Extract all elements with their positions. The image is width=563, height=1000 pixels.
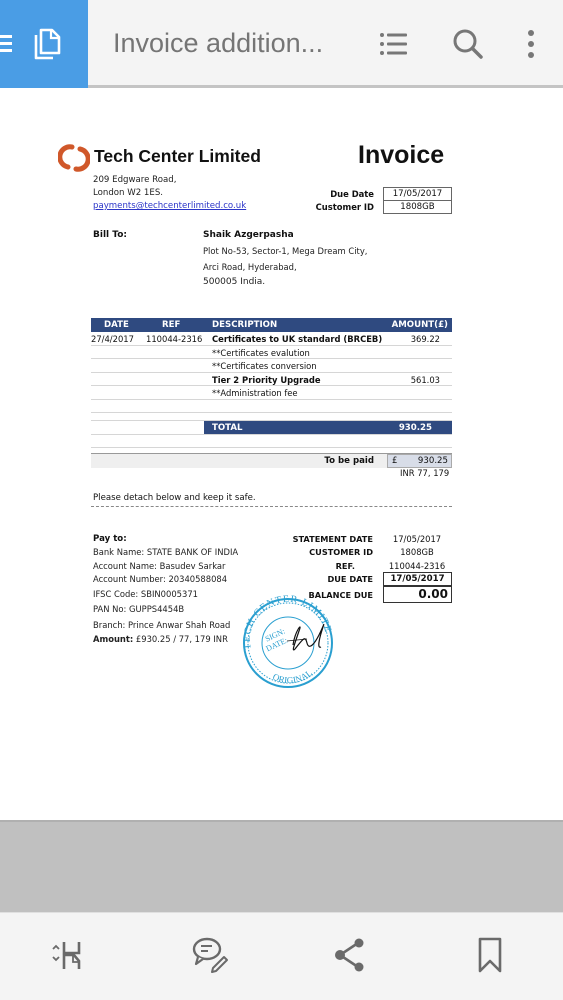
bill-to-label: Bill To: <box>93 230 127 240</box>
cell-description: **Certificates conversion <box>212 361 317 371</box>
bottom-toolbar <box>0 912 563 1000</box>
table-header: DATE REF DESCRIPTION AMOUNT(£) <box>91 318 452 332</box>
statement-customer-id-value: 1808GB <box>384 547 450 557</box>
company-name: Tech Center Limited <box>94 146 261 167</box>
table-row: 27/4/2017110044-2316Certificates to UK s… <box>91 332 452 346</box>
cell-date: 27/4/2017 <box>91 334 134 344</box>
menu-icon[interactable] <box>0 35 12 53</box>
pay-to-line: Account Number: 20340588084 <box>93 574 227 584</box>
document-title: Invoice addition... <box>113 28 323 59</box>
cell-description: Certificates to UK standard (BRCEB) <box>212 334 382 344</box>
bookmark-icon[interactable] <box>468 933 512 977</box>
table-row: **Certificates evalution <box>91 346 452 360</box>
invoice-items-table: DATE REF DESCRIPTION AMOUNT(£) 27/4/2017… <box>91 318 452 448</box>
column-header-date: DATE <box>104 320 129 330</box>
pay-to-amount-value: £930.25 / 77, 179 INR <box>136 634 228 644</box>
statement-date-label: STATEMENT DATE <box>273 534 373 544</box>
cell-description: **Certificates evalution <box>212 348 310 358</box>
customer-id-label: Customer ID <box>284 202 374 212</box>
table-row <box>91 400 452 414</box>
statement-ref-value: 110044-2316 <box>384 561 450 571</box>
viewer-background <box>0 820 563 912</box>
company-email-link[interactable]: payments@techcenterlimited.co.uk <box>93 201 246 211</box>
search-icon[interactable] <box>452 28 484 60</box>
more-vertical-icon[interactable] <box>515 28 547 60</box>
cell-amount: 561.03 <box>411 375 440 385</box>
company-address-line: 209 Edgware Road, <box>93 175 176 185</box>
total-row: TOTAL 930.25 <box>91 421 452 435</box>
cell-description: **Administration fee <box>212 388 298 398</box>
cell-ref: 110044-2316 <box>146 334 202 344</box>
customer-id-value: 1808GB <box>383 200 452 214</box>
statement-due-date-label: DUE DATE <box>273 574 373 584</box>
cell-description: Tier 2 Priority Upgrade <box>212 375 321 385</box>
currency-symbol: £ <box>392 456 397 466</box>
table-row: **Certificates conversion <box>91 359 452 373</box>
statement-ref-label: REF. <box>273 561 355 571</box>
app-bar: Invoice addition... <box>0 0 563 88</box>
reflow-icon[interactable] <box>48 933 92 977</box>
balance-due-value: 0.00 <box>383 586 452 603</box>
document-mode-button[interactable] <box>0 0 88 88</box>
total-value: 930.25 <box>399 423 432 433</box>
to-be-paid-label: To be paid <box>324 456 374 466</box>
total-label: TOTAL <box>212 423 243 433</box>
pay-to-line: IFSC Code: SBIN0005371 <box>93 589 198 599</box>
to-be-paid-value: 930.25 <box>418 456 448 466</box>
due-date-value: 17/05/2017 <box>383 187 452 201</box>
to-be-paid-row: To be paid £ 930.25 <box>91 453 452 468</box>
column-header-amount: AMOUNT(£) <box>392 320 448 330</box>
invoice-page: Tech Center Limited Invoice 209 Edgware … <box>0 91 563 820</box>
column-header-description: DESCRIPTION <box>212 320 277 330</box>
statement-date-value: 17/05/2017 <box>384 534 450 544</box>
pay-to-amount: Amount: £930.25 / 77, 179 INR <box>93 634 228 644</box>
bill-to-address-line: 500005 India. <box>203 277 265 287</box>
bill-to-address-line: Plot No-53, Sector-1, Mega Dream City, <box>203 246 367 256</box>
inr-amount: INR 77, 179 <box>400 468 449 478</box>
to-be-paid-box: £ 930.25 <box>387 454 452 468</box>
table-row: **Administration fee <box>91 386 452 400</box>
pay-to-line: Bank Name: STATE BANK OF INDIA <box>93 547 238 557</box>
pay-to-amount-label: Amount: <box>93 634 133 644</box>
table-spacer-row <box>91 413 452 421</box>
statement-customer-id-label: CUSTOMER ID <box>273 547 373 557</box>
invoice-title: Invoice <box>358 141 444 170</box>
table-spacer-row <box>91 435 452 448</box>
company-stamp-icon: TECH CENTER LIMITED ORIGINAL SIGN: DATE: <box>233 591 343 691</box>
due-date-label: Due Date <box>284 189 374 199</box>
list-icon[interactable] <box>378 28 410 60</box>
column-header-ref: REF <box>162 320 180 330</box>
comment-edit-icon[interactable] <box>188 933 232 977</box>
document-viewer[interactable]: Tech Center Limited Invoice 209 Edgware … <box>0 91 563 820</box>
statement-due-date-value: 17/05/2017 <box>383 572 452 586</box>
pay-to-line: PAN No: GUPPS4454B <box>93 604 184 614</box>
cell-amount: 369.22 <box>411 334 440 344</box>
detach-note: Please detach below and keep it safe. <box>93 493 256 503</box>
total-bar: TOTAL 930.25 <box>204 421 452 434</box>
share-icon[interactable] <box>328 933 372 977</box>
bill-to-name: Shaik Azgerpasha <box>203 230 294 240</box>
pay-to-label: Pay to: <box>93 534 127 544</box>
document-pages-icon <box>27 27 63 63</box>
bill-to-address-line: Arci Road, Hyderabad, <box>203 262 297 272</box>
pay-to-line: Account Name: Basudev Sarkar <box>93 561 225 571</box>
company-logo-icon <box>58 143 90 173</box>
detach-divider <box>91 506 452 507</box>
company-address-line: London W2 1ES. <box>93 188 163 198</box>
pay-to-line: Branch: Prince Anwar Shah Road <box>93 620 230 630</box>
table-row: Tier 2 Priority Upgrade561.03 <box>91 373 452 387</box>
